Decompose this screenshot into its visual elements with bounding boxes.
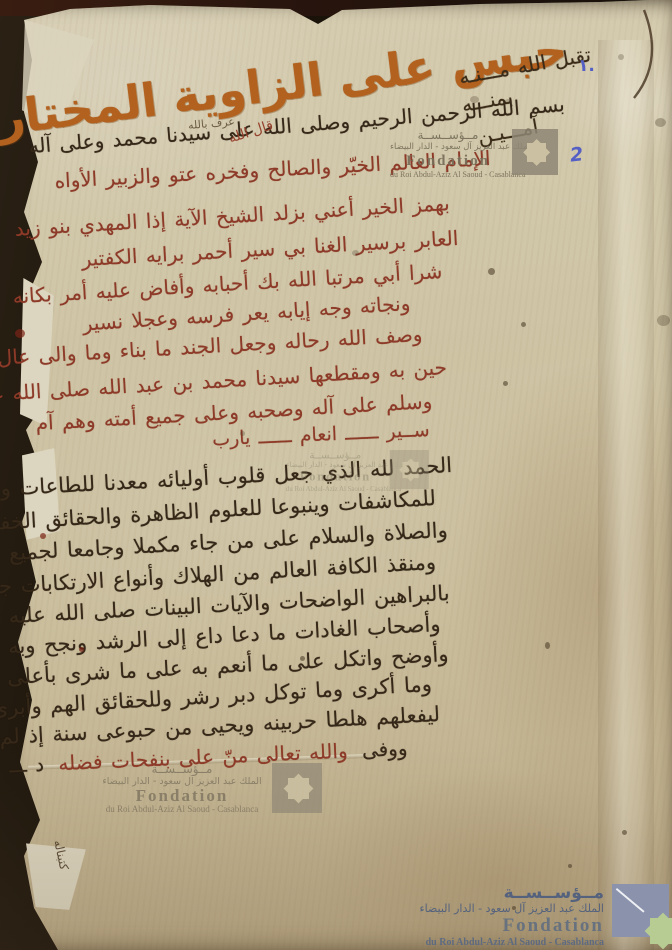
ink-smudge bbox=[505, 99, 511, 104]
logo-square bbox=[612, 884, 669, 937]
ink-spot bbox=[568, 864, 572, 868]
watermark-arabic-name: مــؤســســة bbox=[286, 450, 385, 461]
ink-spot bbox=[300, 656, 305, 661]
watermark-french-name: Fondation bbox=[286, 470, 385, 484]
watermark-fondation-bottom: مــؤســســة الملك عبد العزيز آل سعود - ا… bbox=[98, 763, 322, 814]
logo-arabic-subtitle: الملك عبد العزيز آل سعود - الدار البيضاء bbox=[380, 902, 604, 916]
ink-smudge bbox=[470, 96, 479, 103]
ink-spot bbox=[240, 431, 245, 436]
ink-spot bbox=[622, 830, 627, 835]
manuscript-photo: حبس على الزاوية المختارية تقبل الله مـــ… bbox=[0, 0, 672, 950]
watermark-arabic-subtitle: الملك عبد العزيز آل سعود - الدار البيضاء bbox=[390, 142, 506, 153]
logo-diagonal-line bbox=[616, 888, 645, 913]
page-fold-highlight bbox=[598, 40, 654, 950]
logo-french-name: Fondation bbox=[380, 916, 604, 936]
ink-spot bbox=[618, 54, 624, 60]
foundation-logo: مــؤســســة الملك عبد العزيز آل سعود - ا… bbox=[380, 884, 669, 949]
ink-spot bbox=[503, 381, 508, 386]
watermark-fondation-top: مــؤســســة الملك عبد العزيز آل سعود - ا… bbox=[390, 129, 558, 180]
red-ink-dot bbox=[15, 329, 25, 338]
watermark-french-subtitle: du Roi Abdul-Aziz Al Saoud - Casablanca bbox=[98, 804, 266, 814]
watermark-arabic-subtitle: الملك عبد العزيز آل سعود - الدار البيضاء bbox=[286, 461, 385, 470]
watermark-arabic-name: مــؤســســة bbox=[98, 763, 266, 776]
green-eight-point-star-icon bbox=[645, 913, 672, 950]
paper-hole bbox=[657, 315, 670, 326]
watermark-stamp-square bbox=[390, 450, 429, 489]
ink-spot bbox=[521, 322, 526, 327]
watermark-arabic-name: مــؤســســة bbox=[390, 129, 506, 142]
logo-arabic-name: مــؤســســة bbox=[380, 884, 604, 902]
watermark-french-name: Fondation bbox=[390, 153, 506, 170]
ink-spot bbox=[488, 268, 495, 275]
blue-folio-number: ١. bbox=[578, 56, 595, 76]
ink-bracket-flourish bbox=[628, 6, 668, 106]
ink-spot bbox=[545, 642, 550, 649]
ink-spot bbox=[352, 250, 359, 256]
paper-hole bbox=[655, 118, 666, 127]
closing-tail-word: ووفى bbox=[361, 736, 408, 762]
watermark-french-subtitle: du Roi Abdul-Aziz Al Saoud - Casablanca bbox=[390, 170, 506, 180]
watermark-french-name: Fondation bbox=[98, 787, 266, 804]
watermark-fondation-middle: مــؤســســة الملك عبد العزيز آل سعود - ا… bbox=[286, 450, 429, 493]
closing-connector: د ـــ bbox=[8, 752, 44, 777]
red-ink-dot bbox=[79, 647, 84, 652]
watermark-stamp-square bbox=[512, 129, 558, 175]
logo-french-subtitle: du Roi Abdul-Aziz Al Saoud - Casablanca bbox=[380, 936, 604, 949]
red-ink-dot bbox=[40, 533, 46, 539]
watermark-french-subtitle: du Roi Abdul-Aziz Al Saoud - Casablanca bbox=[286, 485, 385, 494]
blue-page-number: 2 bbox=[569, 143, 584, 166]
watermark-stamp-square bbox=[272, 763, 322, 813]
